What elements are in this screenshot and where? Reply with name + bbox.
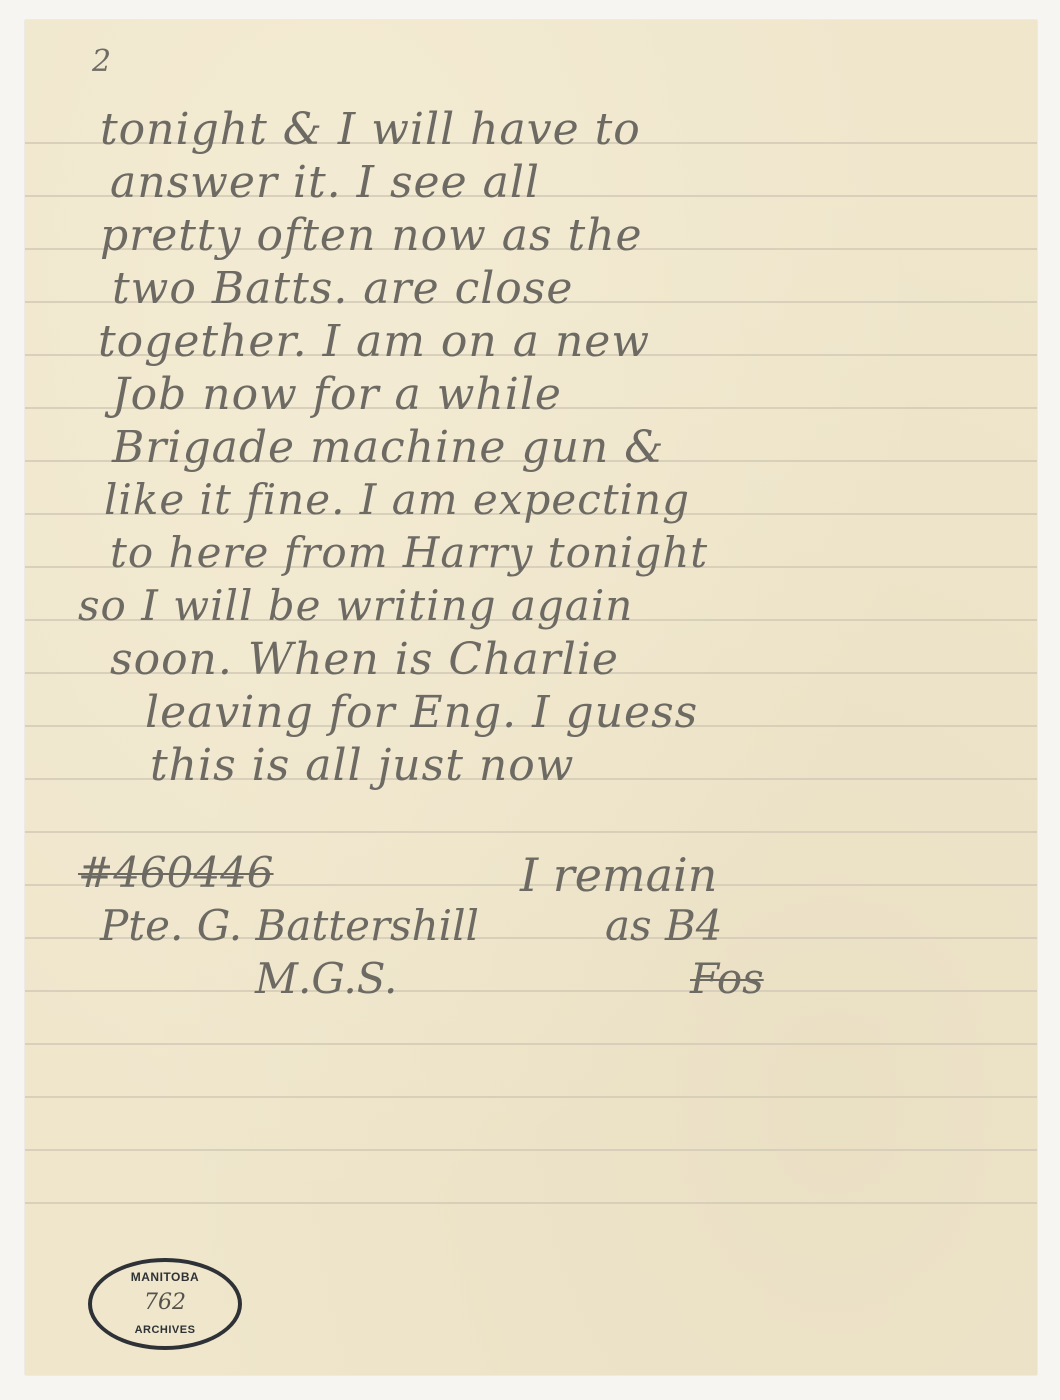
letter-line: soon. When is Charlie	[110, 638, 619, 682]
letter-line: together. I am on a new	[98, 320, 650, 364]
unit: M.G.S.	[255, 958, 397, 1000]
ruled-line	[25, 1096, 1037, 1098]
manitoba-archives-stamp: MANITOBA 762 ARCHIVES	[88, 1258, 242, 1350]
stamp-bottom-text: ARCHIVES	[92, 1324, 238, 1336]
service-number: #460446	[78, 852, 274, 894]
stamp-number: 762	[92, 1290, 238, 1315]
ruled-line	[25, 990, 1037, 992]
ruled-line	[25, 1149, 1037, 1151]
rank-name: Pte. G. Battershill	[100, 905, 479, 947]
letter-line: this is all just now	[150, 744, 574, 788]
closing-name: I remain	[520, 852, 717, 898]
signoff: Fos	[690, 958, 764, 1000]
scanned-page: 2 tonight & I will have to answer it. I …	[0, 0, 1060, 1400]
letter-line: pretty often now as the	[100, 214, 643, 258]
rank-name-text: Pte. G. Battershill	[100, 901, 479, 950]
letter-line: Job now for a while	[112, 373, 562, 417]
letter-line: leaving for Eng. I guess	[145, 691, 698, 735]
stamp-top-text: MANITOBA	[92, 1270, 238, 1284]
unit-right: as B4	[605, 905, 723, 947]
letter-line: so I will be writing again	[78, 585, 633, 627]
letter-line: to here from Harry tonight	[110, 532, 708, 574]
ruled-line	[25, 831, 1037, 833]
letter-line: two Batts. are close	[112, 267, 573, 311]
letter-line: answer it. I see all	[110, 161, 540, 205]
letter-line: Brigade machine gun &	[112, 426, 664, 470]
letter-line: like it fine. I am expecting	[104, 479, 690, 521]
letter-line: tonight & I will have to	[100, 108, 641, 152]
ruled-line	[25, 1043, 1037, 1045]
page-number: 2	[92, 44, 111, 79]
ruled-line	[25, 1202, 1037, 1204]
